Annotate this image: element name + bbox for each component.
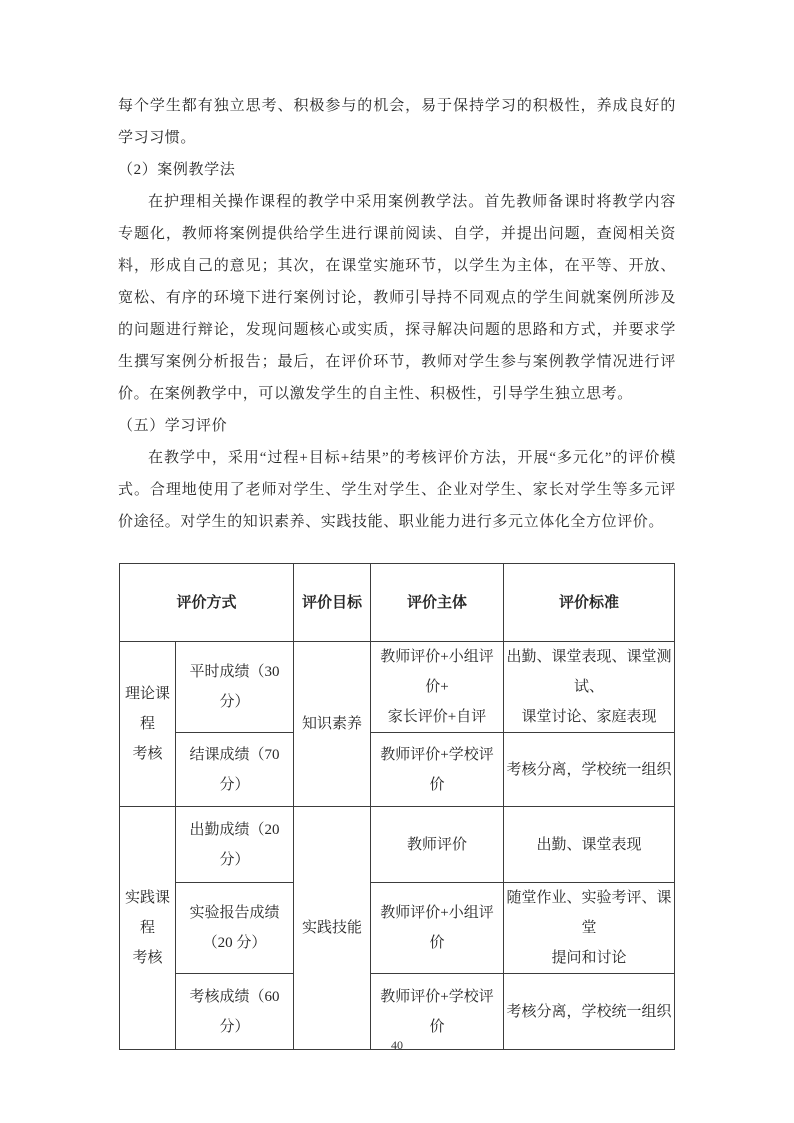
paragraph-evaluation-model: 在教学中，采用“过程+目标+结果”的考核评价方法，开展“多元化”的评价模式。合理…: [118, 442, 676, 538]
method-cell: 实验报告成绩 （20 分）: [176, 883, 294, 974]
method-cell: 出勤成绩（20 分）: [176, 807, 294, 883]
heading-case-teaching-method: （2）案例教学法: [118, 154, 676, 186]
standard-cell: 出勤、课堂表现、课堂测试、 课堂讨论、家庭表现: [504, 642, 675, 733]
group-cell-theory: 理论课程 考核: [120, 642, 176, 807]
table-header-row: 评价方式 评价目标 评价主体 评价标准: [120, 564, 675, 642]
evaluation-table: 评价方式 评价目标 评价主体 评价标准 理论课程 考核 平时成绩（30 分） 知…: [119, 563, 675, 1050]
page-number: 40: [0, 1038, 794, 1053]
standard-cell: 考核分离，学校统一组织: [504, 733, 675, 807]
standard-cell: 出勤、课堂表现: [504, 807, 675, 883]
subject-cell: 教师评价+小组评价+ 家长评价+自评: [371, 642, 504, 733]
header-cell-method: 评价方式: [120, 564, 294, 642]
subject-cell: 教师评价+小组评价: [371, 883, 504, 974]
paragraph-case-teaching: 在护理相关操作课程的教学中采用案例教学法。首先教师备课时将教学内容专题化，教师将…: [118, 186, 676, 410]
table-row: 结课成绩（70 分） 教师评价+学校评价 考核分离，学校统一组织: [120, 733, 675, 807]
table-row: 理论课程 考核 平时成绩（30 分） 知识素养 教师评价+小组评价+ 家长评价+…: [120, 642, 675, 733]
paragraph-continuation: 每个学生都有独立思考、积极参与的机会，易于保持学习的积极性，养成良好的学习习惯。: [118, 90, 676, 154]
method-cell: 平时成绩（30 分）: [176, 642, 294, 733]
target-cell-practice: 实践技能: [294, 807, 371, 1050]
header-cell-standard: 评价标准: [504, 564, 675, 642]
table-row: 实验报告成绩 （20 分） 教师评价+小组评价 随堂作业、实验考评、课堂 提问和…: [120, 883, 675, 974]
header-cell-subject: 评价主体: [371, 564, 504, 642]
document-page: 每个学生都有独立思考、积极参与的机会，易于保持学习的积极性，养成良好的学习习惯。…: [0, 0, 794, 1123]
standard-cell: 随堂作业、实验考评、课堂 提问和讨论: [504, 883, 675, 974]
target-cell-knowledge: 知识素养: [294, 642, 371, 807]
subject-cell: 教师评价+学校评价: [371, 733, 504, 807]
table-row: 实践课程 考核 出勤成绩（20 分） 实践技能 教师评价 出勤、课堂表现: [120, 807, 675, 883]
subject-cell: 教师评价: [371, 807, 504, 883]
group-cell-practice: 实践课程 考核: [120, 807, 176, 1050]
body-text: 每个学生都有独立思考、积极参与的机会，易于保持学习的积极性，养成良好的学习习惯。…: [118, 90, 676, 563]
heading-learning-evaluation: （五）学习评价: [118, 410, 676, 442]
header-cell-target: 评价目标: [294, 564, 371, 642]
method-cell: 结课成绩（70 分）: [176, 733, 294, 807]
